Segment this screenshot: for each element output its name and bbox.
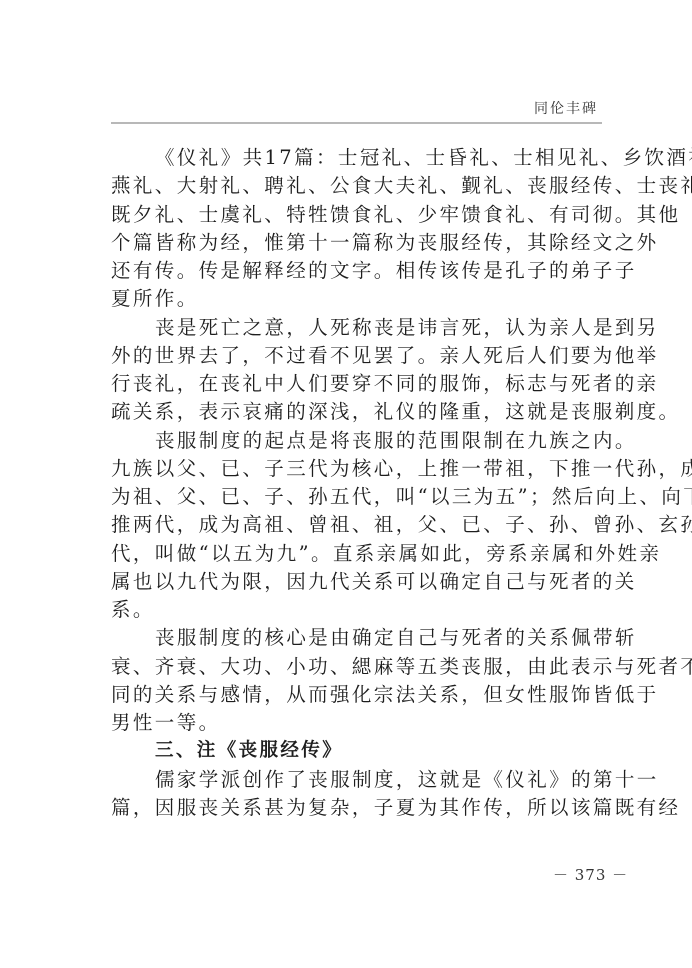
running-head-title: 同伦丰碑 (534, 98, 598, 118)
text-line: 丧服制度的核心是由确定自己与死者的关系佩带斩 (111, 624, 603, 652)
text-line: 外的世界去了，不过看不见罢了。亲人死后人们要为他举 (111, 342, 603, 370)
text-line: 属也以九代为限，因九代关系可以确定自己与死者的关 (111, 568, 603, 596)
text-line: 推两代，成为高祖、曾祖、祖，父、已、子、孙、曾孙、玄孙九 (111, 511, 603, 539)
text-line: 九族以父、已、子三代为核心，上推一带祖，下推一代孙，成 (111, 455, 603, 483)
text-line: 燕礼、大射礼、聘礼、公食大夫礼、觐礼、丧服经传、士丧礼、 (111, 172, 603, 200)
text-line: 代，叫做“以五为九”。直系亲属如此，旁系亲属和外姓亲 (111, 540, 603, 568)
text-line: 既夕礼、士虞礼、特牲馈食礼、少牢馈食礼、有司彻。其他 (111, 201, 603, 229)
text-line: 夏所作。 (111, 285, 603, 313)
section-heading: 三、注《丧服经传》 (111, 737, 603, 765)
text-line: 个篇皆称为经，惟第十一篇称为丧服经传，其除经文之外 (111, 229, 603, 257)
page-number: － 373 － (553, 864, 628, 885)
running-head: 同伦丰碑 (111, 96, 602, 124)
text-line: 衰、齐衰、大功、小功、緦麻等五类丧服，由此表示与死者不 (111, 653, 603, 681)
text-line: 行丧礼，在丧礼中人们要穿不同的服饰，标志与死者的亲 (111, 370, 603, 398)
text-line: 丧是死亡之意，人死称丧是讳言死，认为亲人是到另 (111, 314, 603, 342)
text-line: 系。 (111, 596, 603, 624)
text-line: 丧服制度的起点是将丧服的范围限制在九族之内。 (111, 427, 603, 455)
text-line: 疏关系，表示哀痛的深浅，礼仪的隆重，这就是丧服剃度。 (111, 398, 603, 426)
text-line: 为祖、父、已、子、孙五代，叫“以三为五”；然后向上、向下各 (111, 483, 603, 511)
text-line: 还有传。传是解释经的文字。相传该传是孔子的弟子子 (111, 257, 603, 285)
text-line: 篇，因服丧关系甚为复杂，子夏为其作传，所以该篇既有经 (111, 794, 603, 822)
text-line: 同的关系与感情，从而强化宗法关系，但女性服饰皆低于 (111, 681, 603, 709)
body-text: 《仪礼》共17篇：士冠礼、士昏礼、士相见礼、乡饮酒礼、 燕礼、大射礼、聘礼、公食… (111, 144, 603, 822)
text-line: 儒家学派创作了丧服制度，这就是《仪礼》的第十一 (111, 766, 603, 794)
text-line: 《仪礼》共17篇：士冠礼、士昏礼、士相见礼、乡饮酒礼、 (111, 144, 603, 172)
text-line: 男性一等。 (111, 709, 603, 737)
